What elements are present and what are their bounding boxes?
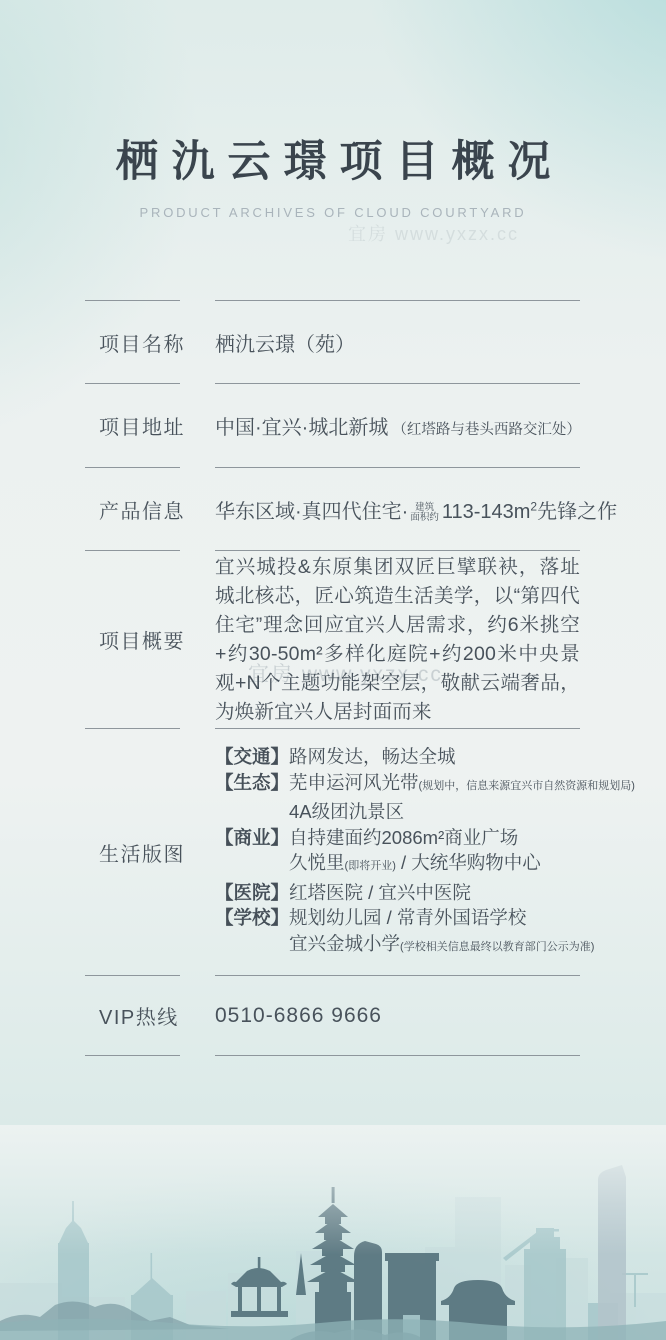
line-text: 4A级团氿景区	[289, 801, 404, 822]
life-line: 红塔医院 / 宜兴中医院	[289, 880, 471, 906]
project-name-value: 栖氿云璟（苑）	[215, 328, 355, 357]
row-project-address-label-cell: 项目地址	[85, 383, 180, 467]
row-product-info: 产品信息 华东区域·真四代住宅·建筑面积约113-143m2先锋之作	[85, 467, 580, 550]
line-text: 红塔医院 / 宜兴中医院	[289, 882, 471, 903]
line-text: 规划幼儿园 / 常青外国语学校	[289, 907, 526, 928]
life-tag-traffic: 【交通】	[215, 744, 289, 770]
project-info-table: 项目名称 栖氿云璟（苑） 项目地址 中国·宜兴·城北新城（红塔路与巷头西路交汇处…	[85, 300, 580, 1056]
life-tag-school: 【学校】	[215, 905, 289, 931]
row-product-info-value-cell: 华东区域·真四代住宅·建筑面积约113-143m2先锋之作	[215, 467, 580, 550]
title-block: 栖氿云璟项目概况 PRODUCT ARCHIVES OF CLOUD COURT…	[0, 128, 666, 220]
life-line: 4A级团氿景区	[289, 799, 635, 825]
row-project-summary-label-cell: 项目概要	[85, 550, 180, 728]
row-product-info-label-cell: 产品信息	[85, 467, 180, 550]
life-map-label: 生活版图	[99, 838, 185, 867]
product-prefix: 华东区域·真四代住宅·	[215, 501, 408, 523]
product-area-qualifier: 建筑面积约	[410, 503, 439, 523]
life-lines-hospital: 红塔医院 / 宜兴中医院	[289, 880, 471, 906]
life-lines-ecology: 芜申运河风光带(规划中，信息来源宜兴市自然资源和规划局) 4A级团氿景区	[289, 770, 635, 825]
line-small-note: (即将开业)	[345, 860, 396, 872]
closing-line-left	[85, 1055, 180, 1056]
line-text: 久悦里	[289, 852, 345, 873]
life-item-school: 【学校】 规划幼儿园 / 常青外国语学校 宜兴金城小学(学校相关信息最终以教育部…	[215, 905, 580, 960]
line-text: 芜申运河风光带	[289, 772, 419, 793]
row-project-name: 项目名称 栖氿云璟（苑）	[85, 300, 580, 383]
table-closing-line	[85, 1055, 580, 1056]
address-note: （红塔路与巷头西路交汇处）	[392, 422, 581, 438]
row-life-map-label-cell: 生活版图	[85, 728, 180, 975]
life-lines-school: 规划幼儿园 / 常青外国语学校 宜兴金城小学(学校相关信息最终以教育部门公示为准…	[289, 905, 594, 960]
row-project-summary: 项目概要 宜兴城投&东原集团双匠巨擘联袂，落址城北核芯，匠心筑造生活美学，以“第…	[85, 550, 580, 728]
life-line: 规划幼儿园 / 常青外国语学校	[289, 905, 594, 931]
life-tag-ecology: 【生态】	[215, 770, 289, 796]
life-line: 自持建面约2086m²商业广场	[289, 825, 541, 851]
row-project-address-value-cell: 中国·宜兴·城北新城（红塔路与巷头西路交汇处）	[215, 383, 580, 467]
address-main: 中国·宜兴·城北新城	[215, 417, 388, 439]
life-line: 久悦里(即将开业) / 大统华购物中心	[289, 850, 541, 880]
life-tag-commerce: 【商业】	[215, 825, 289, 851]
row-project-name-value-cell: 栖氿云璟（苑）	[215, 300, 580, 383]
life-line: 宜兴金城小学(学校相关信息最终以教育部门公示为准)	[289, 931, 594, 961]
watermark-top: 宜房 www.yxzx.cc	[348, 220, 519, 246]
life-map-list: 【交通】 路网发达，畅达全城 【生态】 芜申运河风光带(规划中，信息来源宜兴市自…	[215, 744, 580, 960]
life-item-commerce: 【商业】 自持建面约2086m²商业广场 久悦里(即将开业) / 大统华购物中心	[215, 825, 580, 880]
line-text: 宜兴金城小学	[289, 933, 400, 954]
project-address-value: 中国·宜兴·城北新城（红塔路与巷头西路交汇处）	[215, 411, 581, 440]
line-small-note: (学校相关信息最终以教育部门公示为准)	[400, 941, 594, 953]
life-line: 路网发达，畅达全城	[289, 744, 456, 770]
row-life-map: 生活版图 【交通】 路网发达，畅达全城 【生态】 芜申运河风光带(规划中，信息来…	[85, 728, 580, 975]
vip-hotline-number: 0510-6866 9666	[215, 1004, 382, 1028]
product-area-range: 113-143m	[442, 501, 531, 523]
line-text: 自持建面约2086m²商业广场	[289, 827, 518, 848]
life-item-traffic: 【交通】 路网发达，畅达全城	[215, 744, 580, 770]
row-vip-hotline-label-cell: VIP热线	[85, 975, 180, 1055]
row-project-address: 项目地址 中国·宜兴·城北新城（红塔路与巷头西路交汇处）	[85, 383, 580, 467]
life-tag-hospital: 【医院】	[215, 880, 289, 906]
life-item-hospital: 【医院】 红塔医院 / 宜兴中医院	[215, 880, 580, 906]
page-title: 栖氿云璟项目概况	[0, 128, 666, 189]
life-lines-traffic: 路网发达，畅达全城	[289, 744, 456, 770]
product-info-value: 华东区域·真四代住宅·建筑面积约113-143m2先锋之作	[215, 495, 617, 524]
life-lines-commerce: 自持建面约2086m²商业广场 久悦里(即将开业) / 大统华购物中心	[289, 825, 541, 880]
vip-hotline-label: VIP热线	[99, 1001, 179, 1030]
row-life-map-value-cell: 【交通】 路网发达，畅达全城 【生态】 芜申运河风光带(规划中，信息来源宜兴市自…	[215, 728, 580, 975]
closing-line-right	[215, 1055, 580, 1056]
project-summary-label: 项目概要	[99, 625, 185, 654]
city-skyline-illustration	[0, 1125, 666, 1340]
line-text-post: / 大统华购物中心	[396, 852, 541, 873]
row-project-summary-value-cell: 宜兴城投&东原集团双匠巨擘联袂，落址城北核芯，匠心筑造生活美学，以“第四代住宅”…	[215, 550, 580, 728]
page-subtitle: PRODUCT ARCHIVES OF CLOUD COURTYARD	[0, 205, 666, 220]
project-overview-poster: 栖氿云璟项目概况 PRODUCT ARCHIVES OF CLOUD COURT…	[0, 0, 666, 1340]
project-address-label: 项目地址	[99, 411, 185, 440]
product-info-label: 产品信息	[99, 495, 185, 524]
row-project-name-label-cell: 项目名称	[85, 300, 180, 383]
row-vip-hotline-value-cell: 0510-6866 9666	[215, 975, 580, 1055]
life-line: 芜申运河风光带(规划中，信息来源宜兴市自然资源和规划局)	[289, 770, 635, 800]
qualifier-line2: 面积约	[410, 512, 439, 523]
line-text: 路网发达，畅达全城	[289, 746, 456, 767]
project-summary-text: 宜兴城投&东原集团双匠巨擘联袂，落址城北核芯，匠心筑造生活美学，以“第四代住宅”…	[215, 553, 580, 727]
product-suffix: 先锋之作	[537, 501, 617, 523]
project-name-label: 项目名称	[99, 328, 185, 357]
line-small-note: (规划中，信息来源宜兴市自然资源和规划局)	[419, 780, 635, 792]
life-item-ecology: 【生态】 芜申运河风光带(规划中，信息来源宜兴市自然资源和规划局) 4A级团氿景…	[215, 770, 580, 825]
row-vip-hotline: VIP热线 0510-6866 9666	[85, 975, 580, 1055]
